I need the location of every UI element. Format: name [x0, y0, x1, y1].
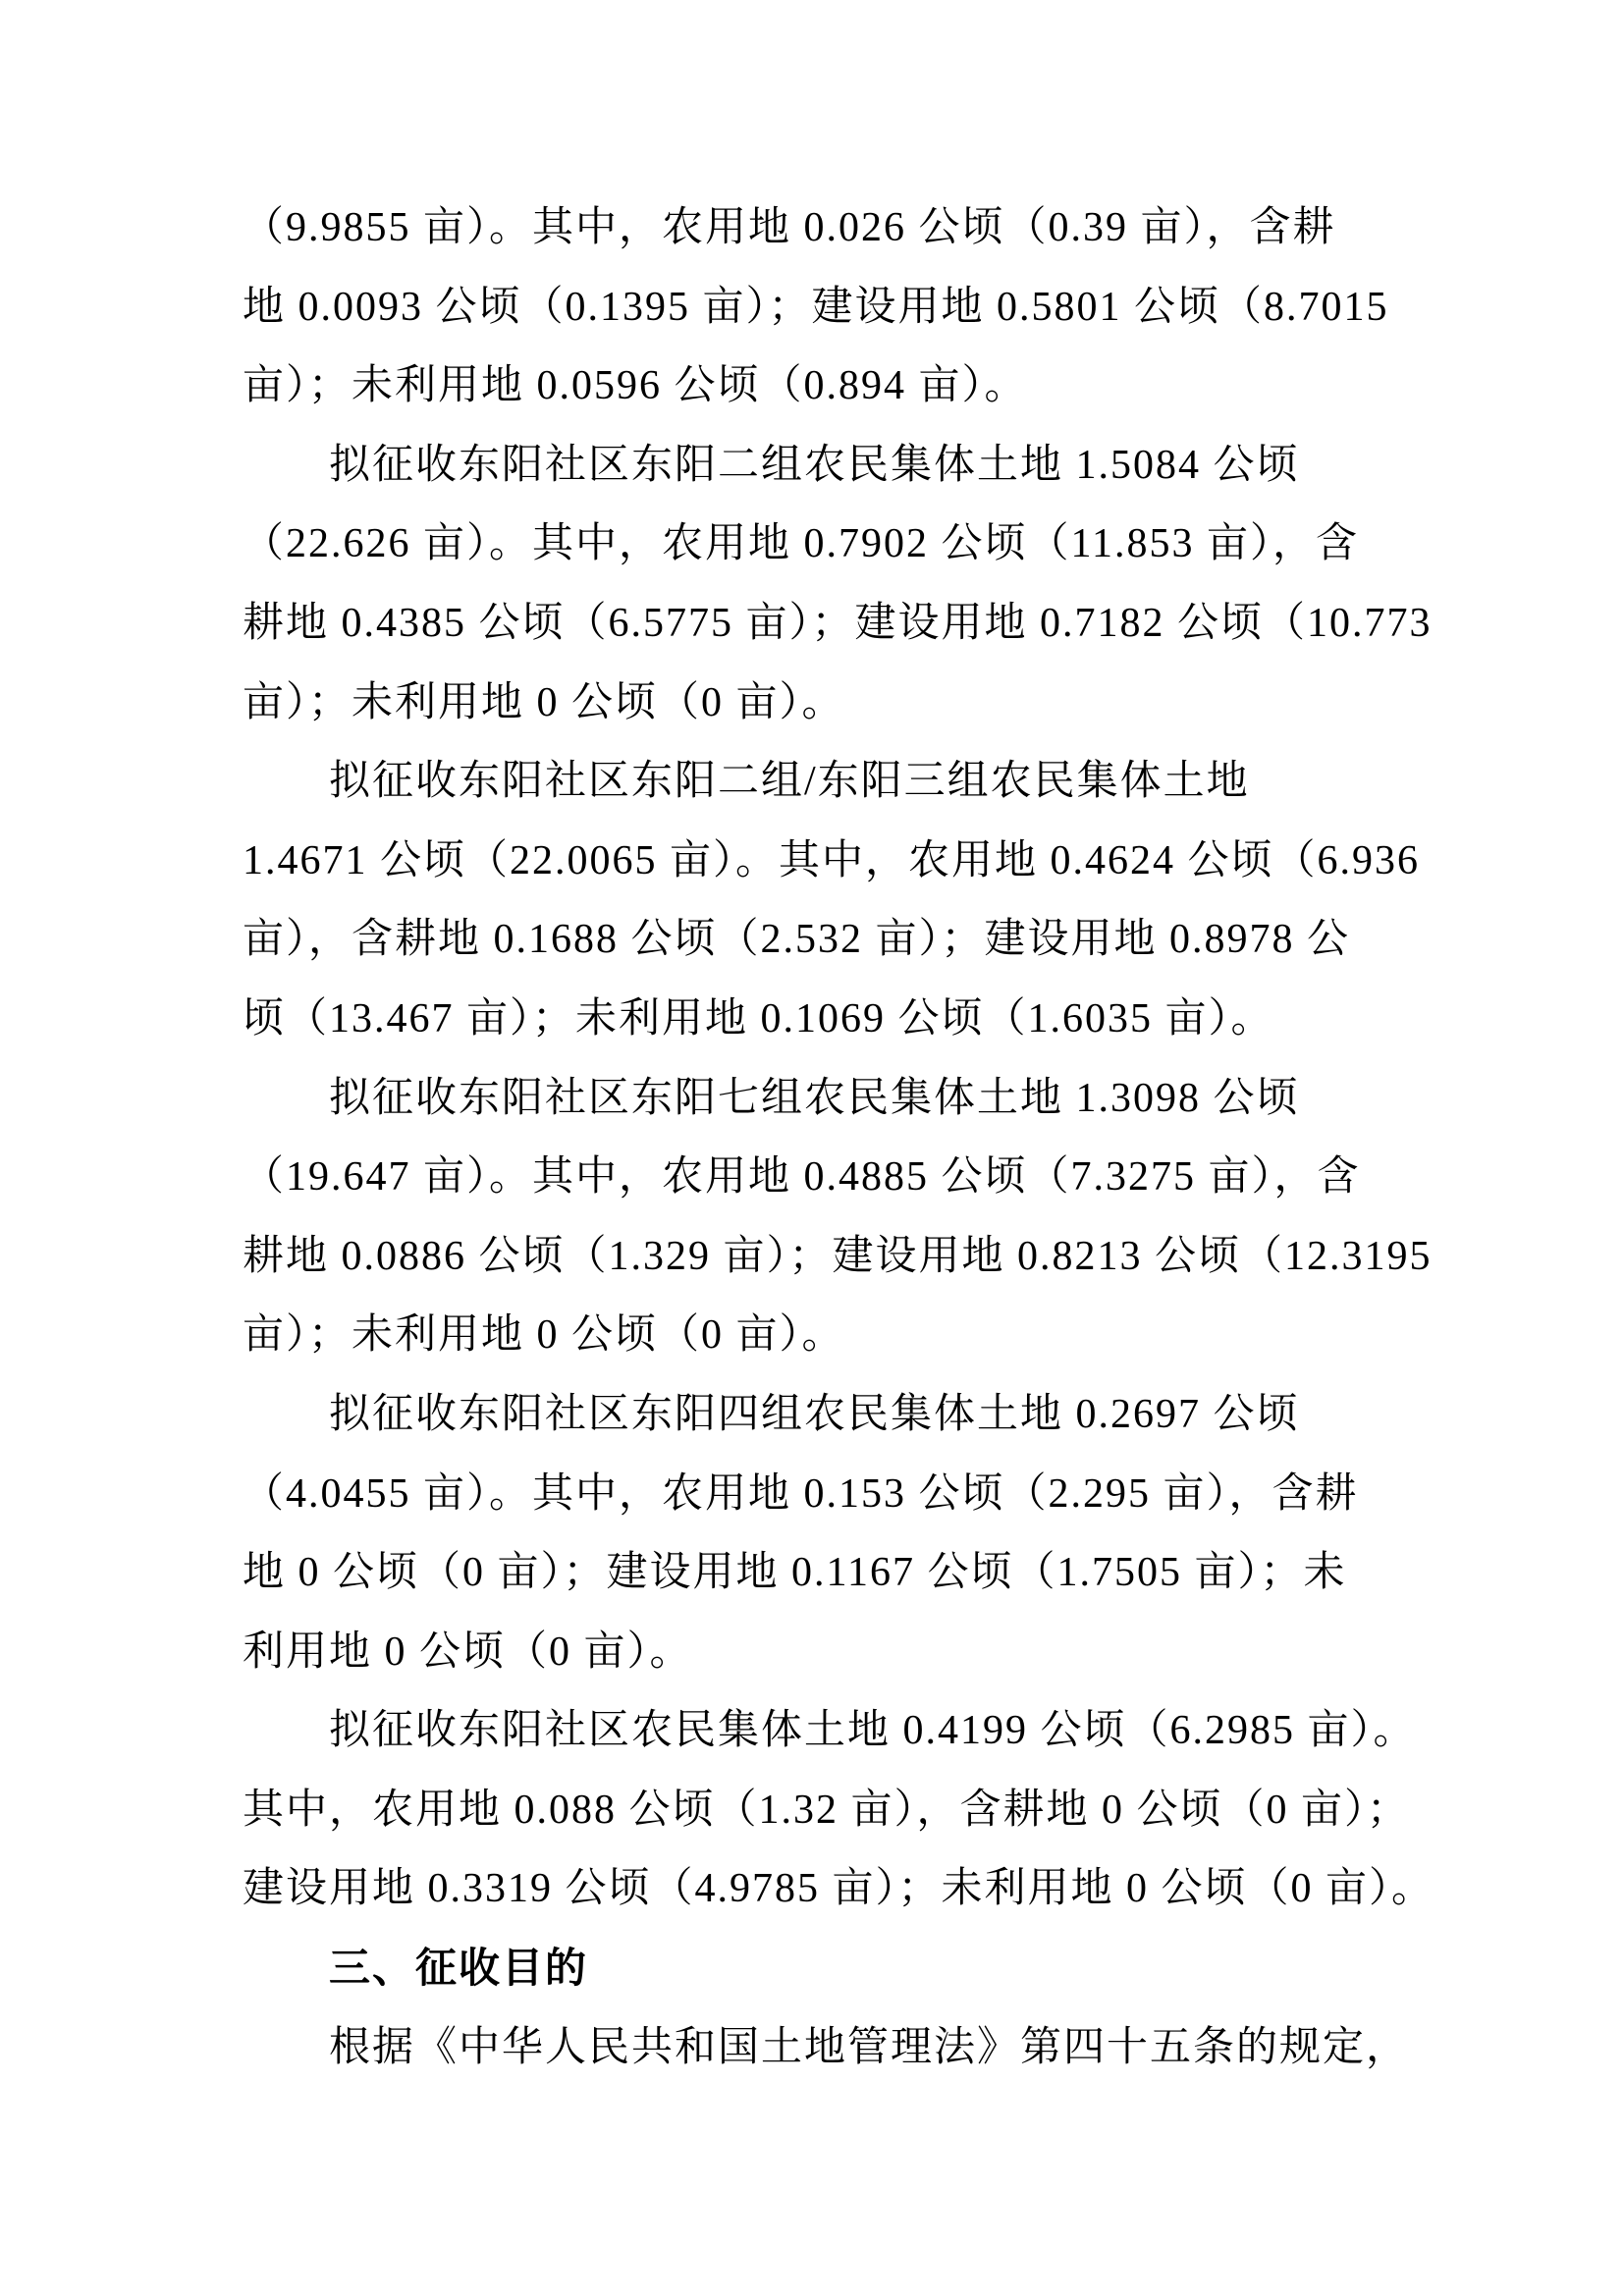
text-line-24: 根据《中华人民共和国土地管理法》第四十五条的规定，	[243, 2008, 1391, 2088]
text-line-11: 顷（13.467 亩）；未利用地 0.1069 公顷（1.6035 亩）。	[243, 980, 1391, 1059]
text-line-22: 建设用地 0.3319 公顷（4.9785 亩）；未利用地 0 公顷（0 亩）。	[243, 1849, 1391, 1929]
text-line-7: 亩）；未利用地 0 公顷（0 亩）。	[243, 664, 1391, 743]
text-line-10: 亩），含耕地 0.1688 公顷（2.532 亩）；建设用地 0.8978 公	[243, 900, 1391, 980]
text-line-13: （19.647 亩）。其中，农用地 0.4885 公顷（7.3275 亩），含	[243, 1138, 1391, 1217]
text-line-1: （9.9855 亩）。其中，农用地 0.026 公顷（0.39 亩），含耕	[243, 188, 1391, 268]
text-line-9: 1.4671 公顷（22.0065 亩）。其中，农用地 0.4624 公顷（6.…	[243, 822, 1391, 901]
text-line-14: 耕地 0.0886 公顷（1.329 亩）；建设用地 0.8213 公顷（12.…	[243, 1217, 1391, 1297]
text-line-3: 亩）；未利用地 0.0596 公顷（0.894 亩）。	[243, 347, 1391, 426]
text-line-17: （4.0455 亩）。其中，农用地 0.153 公顷（2.295 亩），含耕	[243, 1455, 1391, 1534]
text-line-18: 地 0 公顷（0 亩）；建设用地 0.1167 公顷（1.7505 亩）；未	[243, 1533, 1391, 1613]
text-line-5: （22.626 亩）。其中，农用地 0.7902 公顷（11.853 亩），含	[243, 505, 1391, 584]
text-line-8: 拟征收东阳社区东阳二组/东阳三组农民集体土地	[243, 742, 1391, 822]
text-line-16: 拟征收东阳社区东阳四组农民集体土地 0.2697 公顷	[243, 1375, 1391, 1455]
text-line-20: 拟征收东阳社区农民集体土地 0.4199 公顷（6.2985 亩）。	[243, 1691, 1391, 1771]
text-line-21: 其中，农用地 0.088 公顷（1.32 亩），含耕地 0 公顷（0 亩）；	[243, 1771, 1391, 1850]
text-line-19: 利用地 0 公顷（0 亩）。	[243, 1613, 1391, 1692]
text-line-4: 拟征收东阳社区东阳二组农民集体土地 1.5084 公顷	[243, 426, 1391, 506]
section-heading: 三、征收目的	[243, 1929, 1391, 2008]
text-line-2: 地 0.0093 公顷（0.1395 亩）；建设用地 0.5801 公顷（8.7…	[243, 268, 1391, 347]
document-text-block: （9.9855 亩）。其中，农用地 0.026 公顷（0.39 亩），含耕 地 …	[243, 188, 1391, 2087]
document-page: （9.9855 亩）。其中，农用地 0.026 公顷（0.39 亩），含耕 地 …	[0, 0, 1623, 2296]
text-line-6: 耕地 0.4385 公顷（6.5775 亩）；建设用地 0.7182 公顷（10…	[243, 584, 1391, 664]
text-line-12: 拟征收东阳社区东阳七组农民集体土地 1.3098 公顷	[243, 1059, 1391, 1139]
text-line-15: 亩）；未利用地 0 公顷（0 亩）。	[243, 1296, 1391, 1375]
